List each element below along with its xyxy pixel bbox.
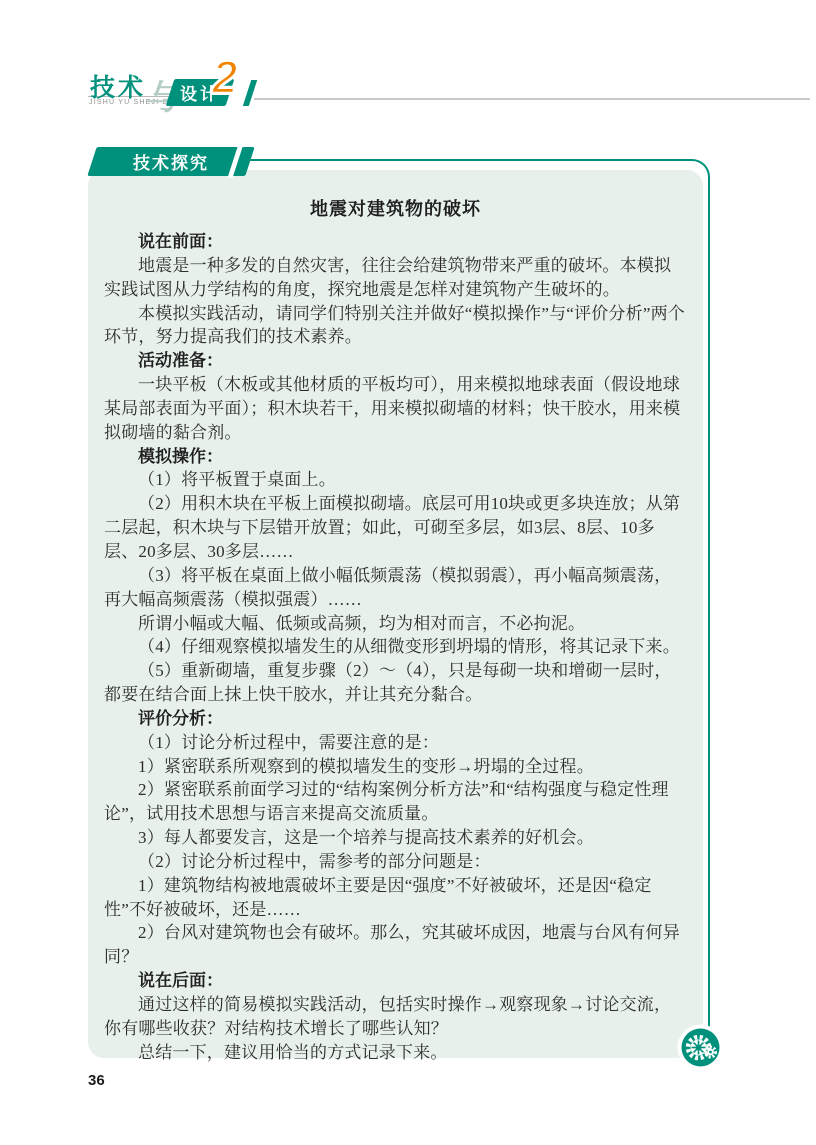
article-title: 地震对建筑物的破坏 [104, 195, 687, 221]
article-paragraph: （2）讨论分析过程中，需参考的部分问题是： [104, 850, 687, 874]
article-paragraph: （2）用积木块在平板上面模拟砌墙。底层可用10块或更多块连放；从第二层起，积木块… [104, 492, 687, 564]
article-paragraph: （5）重新砌墙，重复步骤（2）～（4），只是每砌一块和增砌一层时，都要在结合面上… [104, 659, 687, 707]
article-paragraph: （4）仔细观察模拟墙发生的从细微变形到坍塌的情形，将其记录下来。 [104, 635, 687, 659]
article-heading: 说在后面： [104, 969, 687, 993]
article-paragraph: 2）台风对建筑物也会有破坏。那么，究其破坏成因，地震与台风有何异同？ [104, 921, 687, 969]
article-heading: 说在前面： [104, 230, 687, 254]
header-rule [254, 98, 810, 100]
article-paragraph: （3）将平板在桌面上做小幅低频震荡（模拟弱震），再小幅高频震荡，再大幅高频震荡（… [104, 564, 687, 612]
page-number: 36 [88, 1072, 105, 1089]
article-paragraph: 通过这样的简易模拟实践活动，包括实时操作→观察现象→讨论交流，你有哪些收获？对结… [104, 993, 687, 1041]
article-paragraph: 所谓小幅或大幅、低频或高频，均为相对而言，不必拘泥。 [104, 612, 687, 636]
article-paragraph: （1）讨论分析过程中，需要注意的是： [104, 731, 687, 755]
logo-slash [243, 80, 257, 106]
article-heading: 活动准备： [104, 349, 687, 373]
article-heading: 模拟操作： [104, 445, 687, 469]
article-heading: 评价分析： [104, 707, 687, 731]
article-paragraph: 1）紧密联系所观察到的模拟墙发生的变形→坍塌的全过程。 [104, 755, 687, 779]
article-paragraph: 地震是一种多发的自然灾害，往往会给建筑物带来严重的破坏。本模拟实践试图从力学结构… [104, 254, 687, 302]
gear-icon [677, 1024, 724, 1071]
logo-volume-number: 2 [212, 54, 238, 100]
article-paragraph: 一块平板（木板或其他材质的平板均可），用来模拟地球表面（假设地球某局部表面为平面… [104, 373, 687, 445]
article-paragraph: 总结一下，建议用恰当的方式记录下来。 [104, 1041, 687, 1065]
article: 地震对建筑物的破坏 说在前面： 地震是一种多发的自然灾害，往往会给建筑物带来严重… [88, 170, 703, 1058]
article-paragraph: 3）每人都要发言，这是一个培养与提高技术素养的好机会。 [104, 826, 687, 850]
article-paragraph: 1）建筑物结构被地震破坏主要是因“强度”不好被破坏，还是因“稳定性”不好被破坏，… [104, 874, 687, 922]
article-paragraph: 2）紧密联系前面学习过的“结构案例分析方法”和“结构强度与稳定性理论”，试用技术… [104, 778, 687, 826]
article-paragraph: 本模拟实践活动，请同学们特别关注并做好“模拟操作”与“评价分析”两个环节，努力提… [104, 302, 687, 350]
article-paragraph: （1）将平板置于桌面上。 [104, 468, 687, 492]
